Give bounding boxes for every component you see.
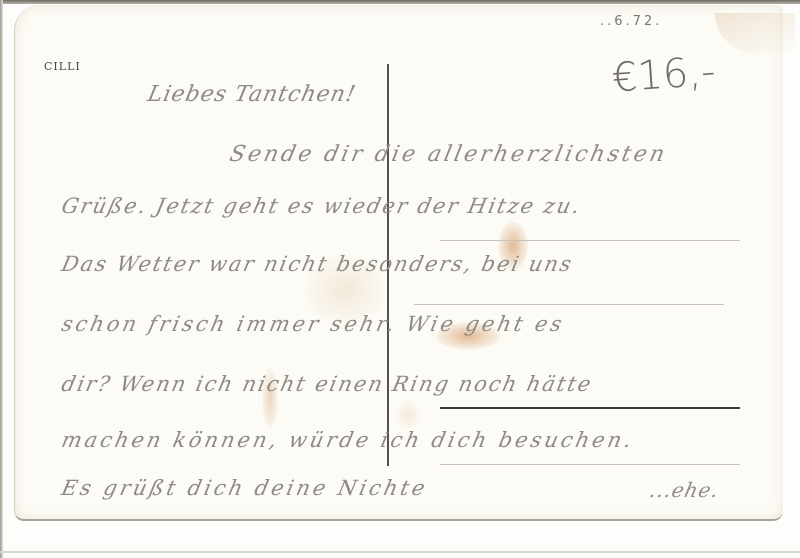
date-note: ..6.72. [600, 14, 662, 29]
corner-crease [715, 13, 795, 53]
address-line-2 [414, 304, 724, 305]
address-line-4 [440, 464, 740, 465]
message-salutation: Liebes Tantchen! [145, 82, 358, 107]
message-line: machen können, würde ich dich besuchen. [59, 428, 636, 452]
printed-place-name: CILLI [44, 60, 81, 73]
scan-bottom-edge [0, 551, 800, 553]
address-line-1 [440, 240, 740, 241]
message-line: dir? Wenn ich nicht einen Ring noch hätt… [59, 372, 595, 396]
address-line-3 [440, 407, 740, 409]
message-line: schon frisch immer sehr. Wie geht es [59, 312, 567, 336]
scan-top-edge [0, 0, 800, 4]
message-line: Es grüßt dich deine Nichte [59, 476, 430, 500]
price-note: €16,- [611, 48, 717, 101]
message-line: Das Wetter war nicht besonders, bei uns [59, 252, 575, 276]
stain [394, 400, 422, 430]
message-line: Grüße. Jetzt geht es wieder der Hitze zu… [59, 194, 583, 218]
message-signature: ...ehe. [647, 478, 721, 502]
message-line: Sende dir die allerherzlichsten [227, 142, 669, 167]
scan-left-edge [0, 0, 3, 558]
